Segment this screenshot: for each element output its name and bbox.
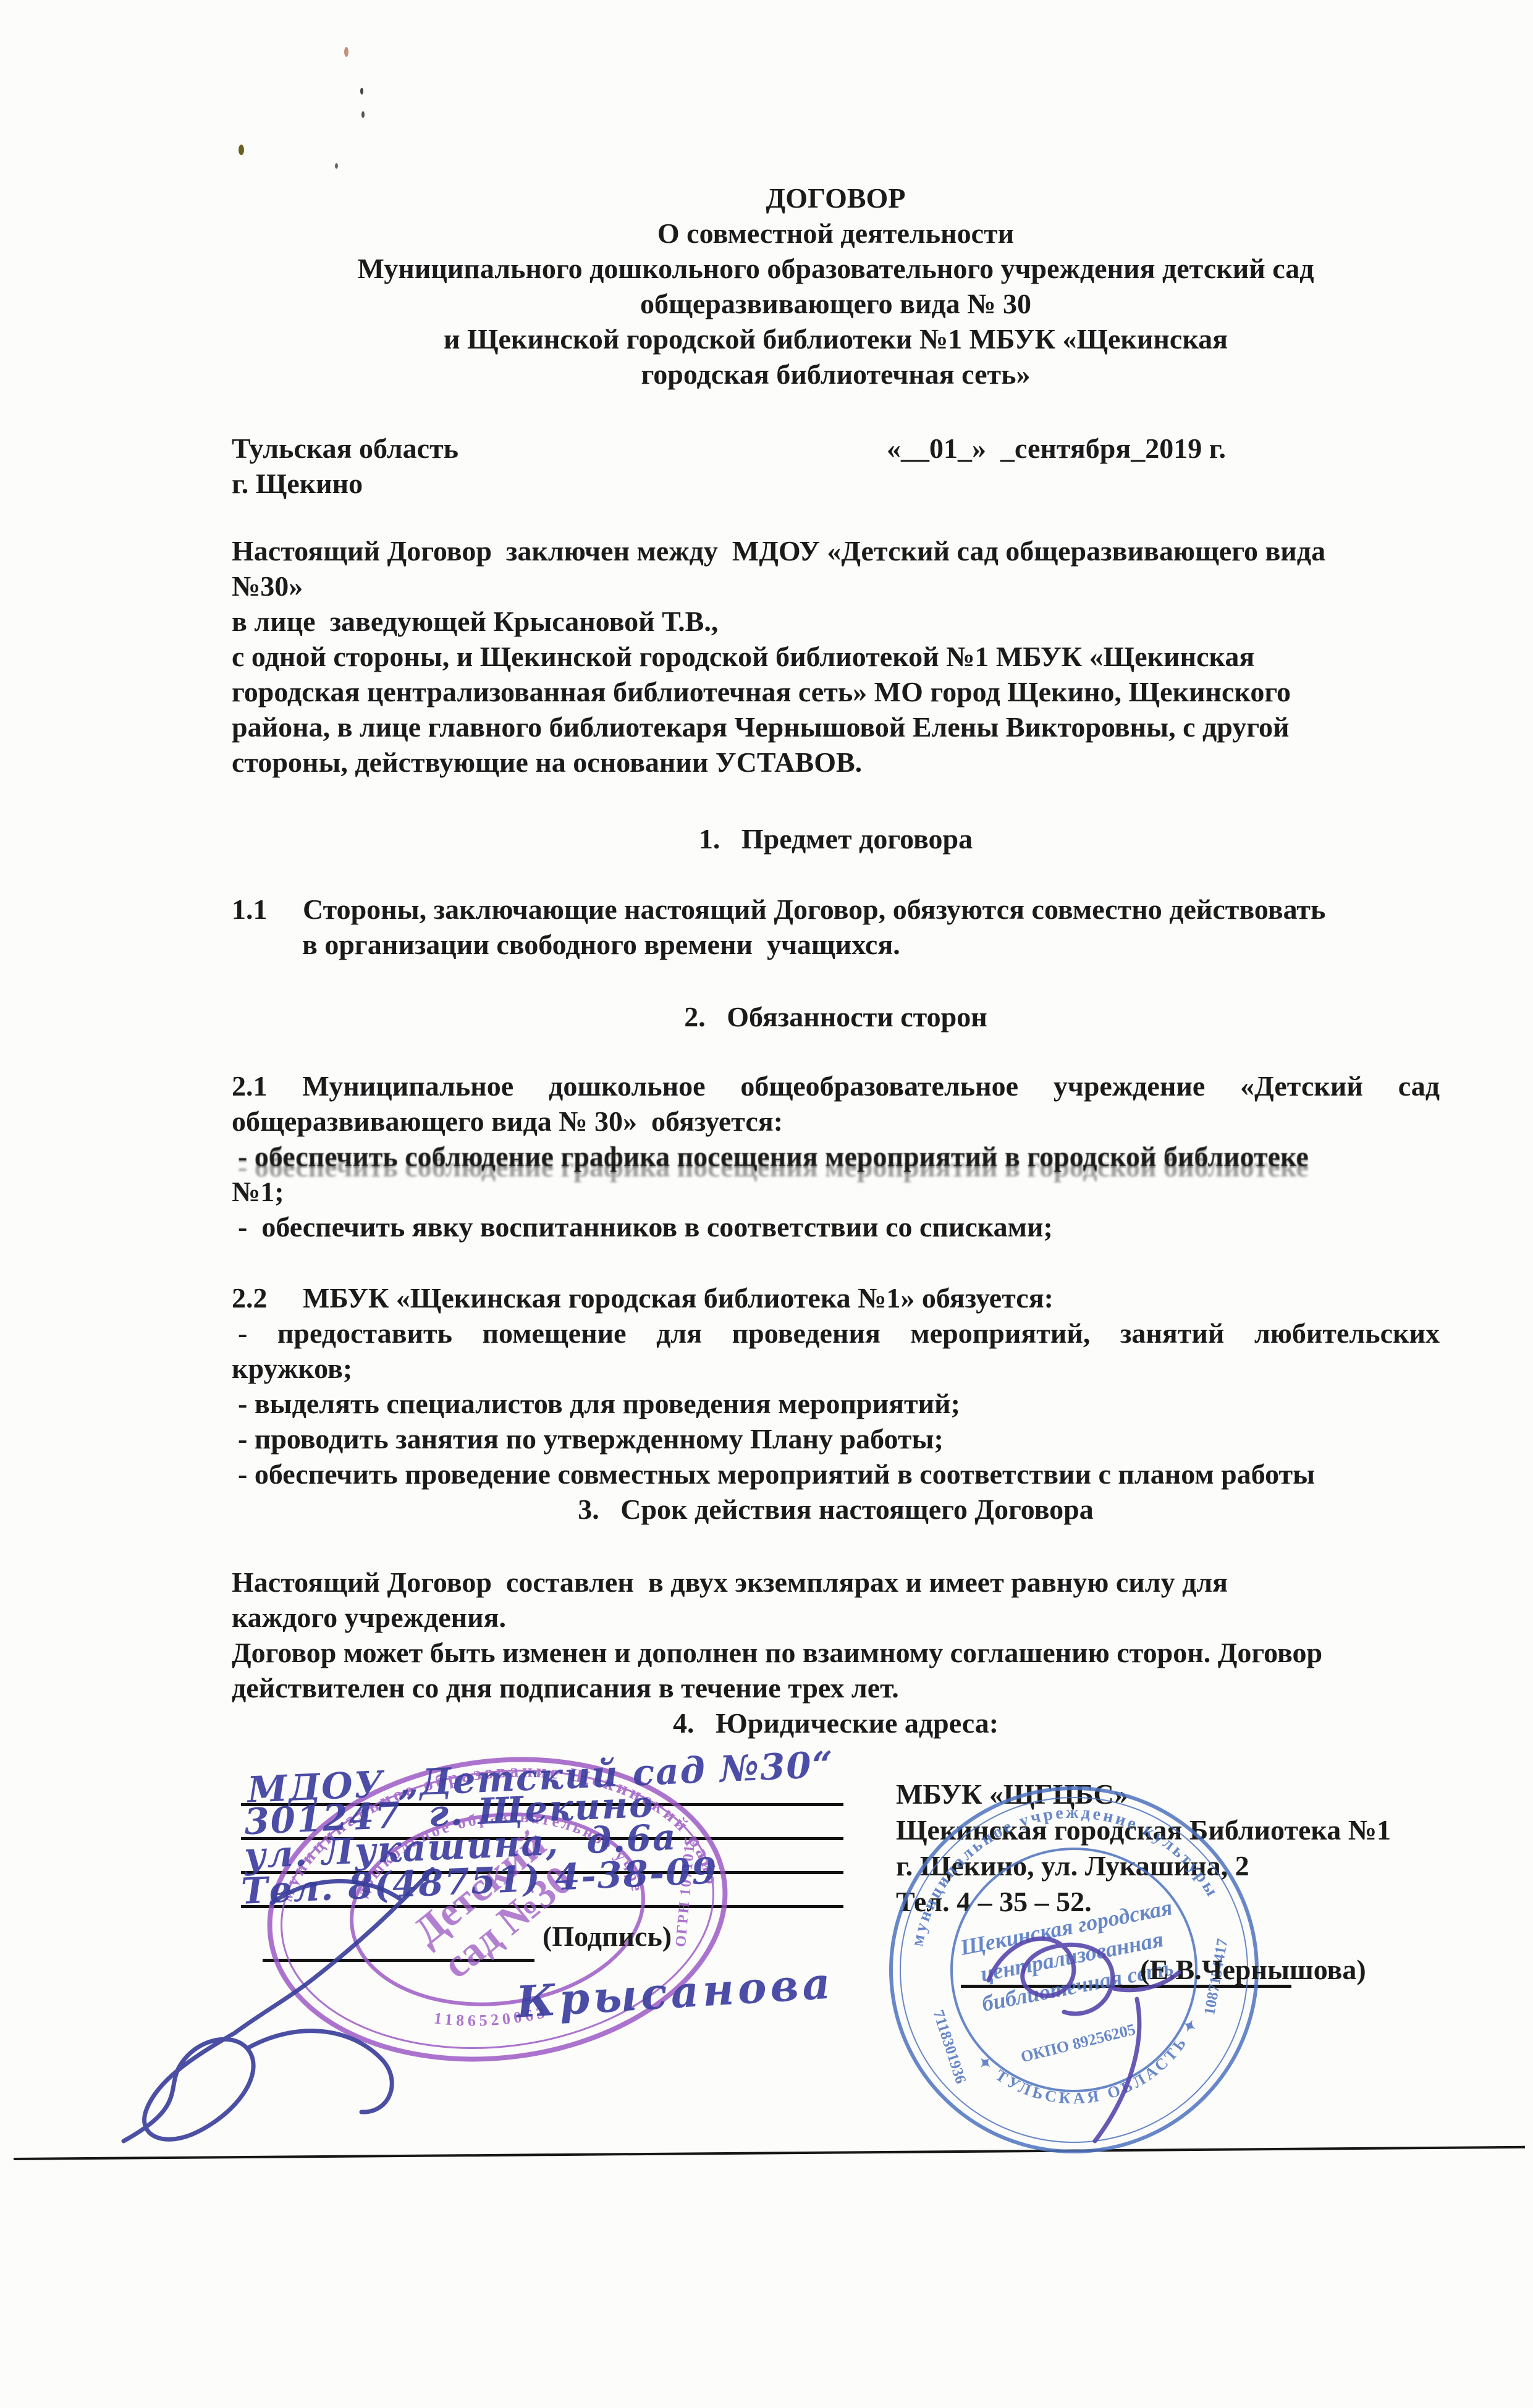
term-line: каждого учреждения. [232, 1602, 1440, 1634]
title-line: городская библиотечная сеть» [232, 358, 1440, 391]
doc-title: ДОГОВОР [232, 182, 1440, 214]
clause-line: - проводить занятия по утвержденному Пла… [238, 1423, 1446, 1455]
left-signature-scribble [87, 1804, 568, 2150]
intro-line: Настоящий Договор заключен между МДОУ «Д… [232, 535, 1440, 567]
scan-speck [361, 111, 365, 118]
intro-line: городская централизованная библиотечная … [232, 676, 1440, 708]
right-signature-scribble [952, 1860, 1273, 2150]
intro-line: №30» [232, 570, 1440, 602]
term-line: Настоящий Договор составлен в двух экзем… [232, 1566, 1440, 1599]
scanned-contract-page: ДОГОВОР О совместной деятельности Муници… [0, 0, 1533, 2408]
intro-line: с одной стороны, и Щекинской городской б… [232, 641, 1440, 673]
section2-heading: 2. Обязанности сторон [232, 1001, 1440, 1033]
clause-line: - обеспечить явку воспитанников в соотве… [238, 1211, 1446, 1243]
date-line: «__01_» _сентября_2019 г. [887, 433, 1505, 465]
intro-line: в лице заведующей Крысановой Т.В., [232, 606, 1440, 638]
term-line: Договор может быть изменен и дополнен по… [232, 1637, 1440, 1669]
section4-heading: 4. Юридические адреса: [232, 1707, 1440, 1739]
title-line: и Щекинской городской библиотеки №1 МБУК… [232, 323, 1440, 355]
clause-line: - предоставить помещение для проведения … [238, 1317, 1440, 1350]
section1-heading: 1. Предмет договора [232, 823, 1440, 855]
term-line: действителен со дня подписания в течение… [232, 1672, 1440, 1704]
section3-heading: 3. Срок действия настоящего Договора [232, 1493, 1440, 1526]
city-label: г. Щекино [232, 468, 788, 500]
region-label: Тульская область [232, 433, 788, 465]
clause-line: в организации свободного времени учащихс… [302, 929, 1439, 961]
title-line: Муниципального дошкольного образовательн… [232, 253, 1440, 285]
clause-line: 2.2 МБУК «Щекинская городская библиотека… [232, 1282, 1440, 1314]
scan-speck [360, 88, 363, 95]
clause-line: 1.1 Стороны, заключающие настоящий Догов… [232, 893, 1440, 926]
clause-line: - обеспечить проведение совместных мероп… [238, 1458, 1446, 1490]
clause-line: 2.1 Муниципальное дошкольное общеобразов… [232, 1070, 1440, 1102]
scan-speck [344, 47, 348, 57]
clause-line: кружков; [232, 1353, 1440, 1385]
doc-subtitle: О совместной деятельности [232, 218, 1440, 250]
intro-line: района, в лице главного библиотекаря Чер… [232, 711, 1440, 743]
clause-line-smudged: - обеспечить соблюдение графика посещени… [238, 1141, 1446, 1173]
intro-line: стороны, действующие на основании УСТАВО… [232, 746, 1440, 779]
clause-line: - выделять специалистов для проведения м… [238, 1388, 1446, 1420]
clause-line: №1; [232, 1176, 1440, 1208]
scan-speck [239, 145, 244, 155]
clause-line: общеразвивающего вида № 30» обязуется: [232, 1105, 1440, 1138]
scan-speck [335, 163, 338, 169]
title-line: общеразвивающего вида № 30 [232, 288, 1440, 320]
